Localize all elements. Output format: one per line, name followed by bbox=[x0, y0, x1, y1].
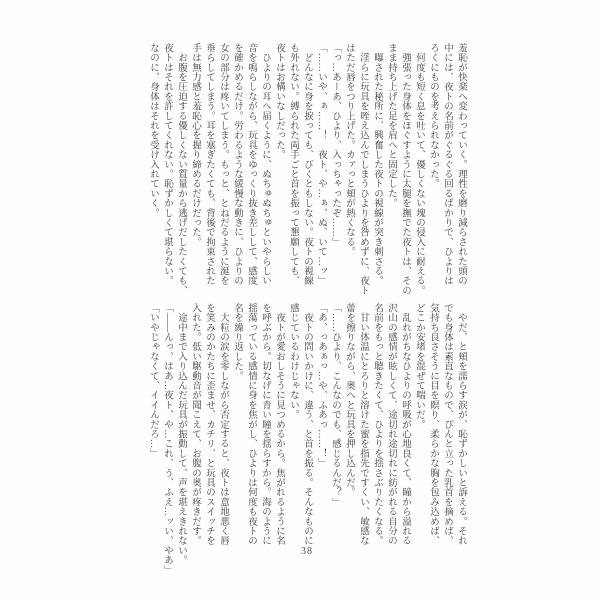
text-column: 淫らに玩具を咥え込んでしまうひよりを咎めずに、夜ト bbox=[356, 43, 370, 293]
text-column: まま持ち上げた足を肩へと固定した。 bbox=[384, 43, 398, 293]
text-column: 曝された秘所に、興奮した夜トの視線が突き刺さる。 bbox=[370, 43, 384, 293]
text-column: 入れた。低い駆動音が聞こえて、お腹の奥が疼きだす。 bbox=[188, 303, 202, 555]
text-column: やだ、と頬を濡らす涙が、恥ずかしいと訴える。それ bbox=[454, 303, 468, 555]
lower-paragraph-block: やだ、と頬を濡らす涙が、恥ずかしいと訴える。それでも身体は素直なもので、ぴんと立… bbox=[132, 303, 468, 555]
text-column: 垂らしてしまう。耳を塞ぎたくても、背後で拘束された bbox=[202, 43, 216, 293]
text-column: 沢山の感情が眩しくて、途切れ途切れに紡がれる自分の bbox=[384, 303, 398, 555]
text-column: なのに、身体はそれを受け入れていく。 bbox=[146, 43, 160, 293]
text-column: ろくにものを考えられなかった。 bbox=[426, 43, 440, 293]
text-column: お腹を圧迫する優しくない質量から逃げだしたくても、 bbox=[174, 43, 188, 293]
text-column: 「……いや、ぁ……！ 夜ト、や…ぁ、ぬ、いて…ッ」 bbox=[314, 43, 328, 293]
text-column: 途中まで入り込んだ玩具が振動して、声を堪えきれない。 bbox=[174, 303, 188, 555]
text-column: どんなに身を捩っても、びくともしない。夜トの視線 bbox=[300, 43, 314, 293]
text-column: 中には、夜トの名前がぐるぐる回るばかりで、ひよりは bbox=[440, 43, 454, 293]
text-column: 夜トの問いかけに、違う、と首を振る。そんなものに bbox=[300, 303, 314, 555]
text-column: を確かめるだけ。労わるような緩慢な動きに、ひよりの bbox=[230, 43, 244, 293]
text-column: 「いやじゃなくて、イイんだろ…」 bbox=[146, 303, 160, 555]
page-number: 38 bbox=[146, 546, 468, 557]
text-column: 名前をもっと聴きたくて、ひよりを揺さぶりたくなる。 bbox=[370, 303, 384, 555]
text-column: を笑みのかたちに歪ませ、カチリ、と玩具のスイッチを bbox=[202, 303, 216, 555]
text-column: 乱れがちなひよりの呼吸が心地良くて、瞳から溢れる bbox=[398, 303, 412, 555]
text-column: 揺蕩っている感情に身を焦がし、ひよりは何度も夜トの bbox=[244, 303, 258, 555]
text-column: 蕾を擦りながら、奥へと玩具を押し込んだ。 bbox=[342, 303, 356, 555]
text-column: 名を繰り返した。 bbox=[230, 303, 244, 555]
text-column: 強張った身体をほぐすように太腿を撫でた夜トは、その bbox=[398, 43, 412, 293]
text-column: どこか安堵を混ぜて喘いだ。 bbox=[412, 303, 426, 555]
text-column: 女の部分は疼いてしまう。もっと、とねだるように涎を bbox=[216, 43, 230, 293]
text-column: 手は無力感と羞恥心を握り締めるだけだった。 bbox=[188, 43, 202, 293]
text-column: 「あ、っあぁっ…や、ふあっ……！」 bbox=[314, 303, 328, 555]
text-column: でも身体は素直なもので、ぴんと立った乳首を摘めば、 bbox=[440, 303, 454, 555]
text-column: 「……ひより、こんなのでも、感じるんだ？」 bbox=[328, 303, 342, 555]
text-column: 夜トはお構いなしだった。 bbox=[272, 43, 286, 293]
text-column: 羞恥が快楽へ変わっていく。理性を磨り減らされた頭の bbox=[454, 43, 468, 293]
text-column: 夜トが愛おしそうに見つめるから。焦がれるように名 bbox=[272, 303, 286, 555]
text-column: 感じているわけじゃない。 bbox=[286, 303, 300, 555]
book-page: 羞恥が快楽へ変わっていく。理性を磨り減らされた頭の中には、夜トの名前がぐるぐる回… bbox=[0, 0, 600, 600]
text-column: 「――んっ、はあ…夜ト、や…これ、う、ふえ…ッい、やあ」 bbox=[160, 303, 174, 555]
text-column: 甘い体温にとろりと溶けた蜜を指先ですくい、敏感な bbox=[356, 303, 370, 555]
upper-paragraph-block: 羞恥が快楽へ変わっていく。理性を磨り減らされた頭の中には、夜トの名前がぐるぐる回… bbox=[144, 43, 468, 293]
text-column: 音を鳴らしながら、玩具をゆっくり抜き差しして、感度 bbox=[244, 43, 258, 293]
text-column: ひよりの耳へ届くように、ぬちゅぬちゅといやらしい bbox=[258, 43, 272, 293]
text-column: 「っ…あーあ、ひより、入っちゃったぞ……」 bbox=[328, 43, 342, 293]
text-column: 夜トはそれを許してくれない。恥ずかしくて堪らない。 bbox=[160, 43, 174, 293]
text-column: 気持ち良さそうに目を瞑り、柔らかな胸を包み込めば、 bbox=[426, 303, 440, 555]
text-column: も外れない。縛られた両手ごと首を振って懇願しても、 bbox=[286, 43, 300, 293]
text-column: 何度も短く息を吐いて、優しくない塊の侵入に耐える。 bbox=[412, 43, 426, 293]
text-column: はただ唇をつり上げた。カァっと頬が熱くなる。 bbox=[342, 43, 356, 293]
text-column: 大粒の涙を零しながら否定すると、夜トは意地悪く唇 bbox=[216, 303, 230, 555]
text-column: を呼ぶから。切なげに青い瞳を揺らすから。海のように bbox=[258, 303, 272, 555]
